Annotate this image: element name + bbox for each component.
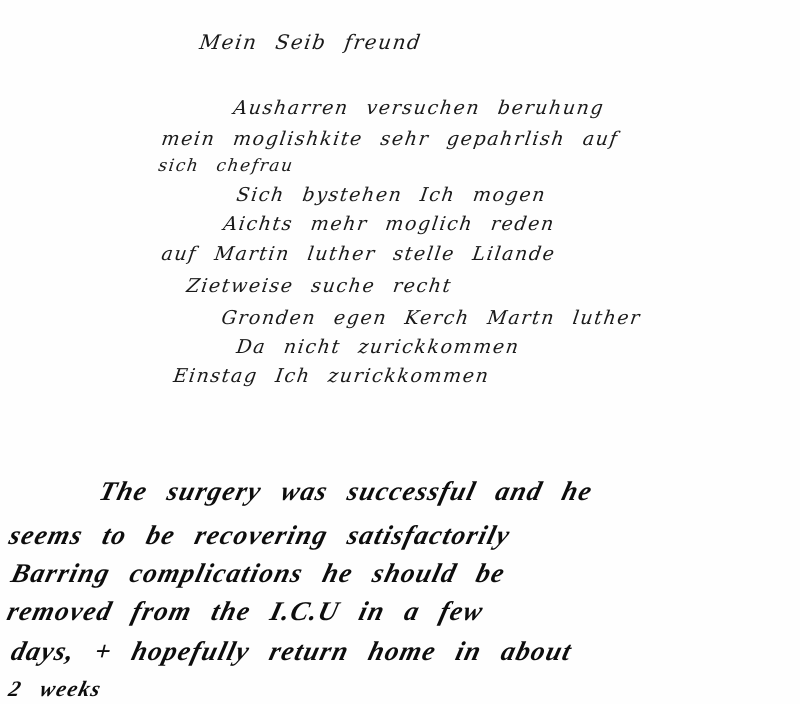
note-line-3: Barring complications he should be [8,558,509,589]
letter-line-10: Einstag Ich zurickkommen [172,365,491,387]
note-line-4: removed from the I.C.U in a few [4,596,487,627]
note-line-2: seems to be recovering satisfactorily [6,520,514,551]
note-line-6: 2 weeks [6,676,105,702]
note-line-1: The surgery was successful and he [96,476,596,507]
letter-line-9: Da nicht zurickkommen [235,336,521,358]
letter-line-1: Ausharren versuchen beruhung [232,97,606,119]
letter-line-6: auf Martin luther stelle Lilande [160,243,557,265]
letter-line-7: Zietweise suche recht [185,275,453,297]
letter-line-5: Aichts mehr moglich reden [222,213,556,235]
letter-line-8: Gronden egen Kerch Martn luther [220,307,642,329]
letter-line-4: Sich bystehen Ich mogen [235,184,548,206]
letter-line-3: sich chefrau [157,156,295,176]
letter-line-2: mein moglishkite sehr gepahrlish auf [160,128,620,150]
handwritten-page: Mein Seib freund Ausharren versuchen ber… [0,0,800,704]
note-line-5: days, + hopefully return home in about [8,636,576,667]
letter-salutation: Mein Seib freund [198,30,423,54]
